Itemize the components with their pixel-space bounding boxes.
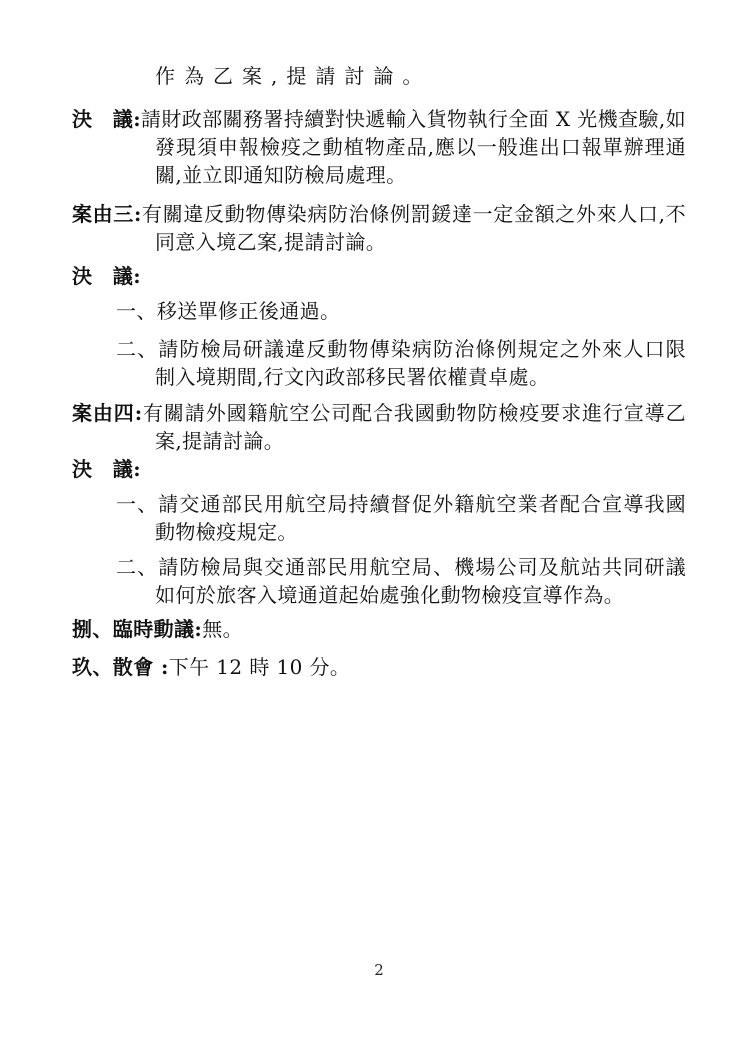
adjournment-line: 玖、散會 :下午 12 時 10 分。 xyxy=(72,653,686,681)
list-item-text: 移送單修正後通過。 xyxy=(157,299,341,323)
extempore-motion-line: 捌、臨時動議:無。 xyxy=(72,615,686,643)
resolution-label: 決 議: xyxy=(72,264,141,288)
case4-resolution-item-2: 二、請防檢局與交通部民用航空局、機場公司及航站共同研議如何於旅客入境通道起始處強… xyxy=(116,553,686,609)
adjournment-label: 玖、散會 : xyxy=(72,655,169,679)
list-number: 一、 xyxy=(116,299,157,323)
document-page: 作為乙案,提請討論。 決 議:請財政部關務署持續對快遞輸入貨物執行全面 X 光機… xyxy=(0,0,750,1060)
extempore-motion-text: 無。 xyxy=(202,617,243,641)
continued-paragraph: 作為乙案,提請討論。 xyxy=(155,62,686,90)
adjournment-text: 下午 12 時 10 分。 xyxy=(169,655,351,679)
resolution-heading-case3: 決 議: xyxy=(72,262,686,290)
resolution-paragraph-case2: 決 議:請財政部關務署持續對快遞輸入貨物執行全面 X 光機查驗,如發現須申報檢疫… xyxy=(72,105,686,189)
case-3-text: 有關違反動物傳染病防治條例罰鍰達一定金額之外來人口,不同意入境乙案,提請討論。 xyxy=(142,202,686,254)
list-number: 二、 xyxy=(116,337,158,361)
resolution-heading-case4: 決 議: xyxy=(72,455,686,483)
list-number: 二、 xyxy=(116,555,158,579)
case-3-paragraph: 案由三:有關違反動物傳染病防治條例罰鍰達一定金額之外來人口,不同意入境乙案,提請… xyxy=(72,200,686,256)
list-item-text: 請防檢局研議違反動物傳染病防治條例規定之外來人口限制入境期間,行文內政部移民署依… xyxy=(155,337,686,389)
list-item-text: 請交通部民用航空局持續督促外籍航空業者配合宣導我國動物檢疫規定。 xyxy=(155,492,686,544)
extempore-motion-label: 捌、臨時動議: xyxy=(72,617,202,641)
case-3-label: 案由三: xyxy=(72,202,142,226)
case4-resolution-item-1: 一、請交通部民用航空局持續督促外籍航空業者配合宣導我國動物檢疫規定。 xyxy=(116,490,686,546)
case-4-paragraph: 案由四:有關請外國籍航空公司配合我國動物防檢疫要求進行宣導乙案,提請討論。 xyxy=(72,399,686,455)
resolution-label: 決 議: xyxy=(72,457,141,481)
list-number: 一、 xyxy=(116,492,158,516)
case3-resolution-item-1: 一、移送單修正後通過。 xyxy=(116,297,686,325)
page-number: 2 xyxy=(72,956,686,984)
document-content: 作為乙案,提請討論。 決 議:請財政部關務署持續對快遞輸入貨物執行全面 X 光機… xyxy=(72,62,686,681)
resolution-text: 請財政部關務署持續對快遞輸入貨物執行全面 X 光機查驗,如發現須申報檢疫之動植物… xyxy=(141,107,686,187)
resolution-label: 決 議: xyxy=(72,107,141,131)
list-item-text: 請防檢局與交通部民用航空局、機場公司及航站共同研議如何於旅客入境通道起始處強化動… xyxy=(155,555,686,607)
case3-resolution-item-2: 二、請防檢局研議違反動物傳染病防治條例規定之外來人口限制入境期間,行文內政部移民… xyxy=(116,335,686,391)
case-4-label: 案由四: xyxy=(72,401,143,425)
case-4-text: 有關請外國籍航空公司配合我國動物防檢疫要求進行宣導乙案,提請討論。 xyxy=(143,401,687,453)
